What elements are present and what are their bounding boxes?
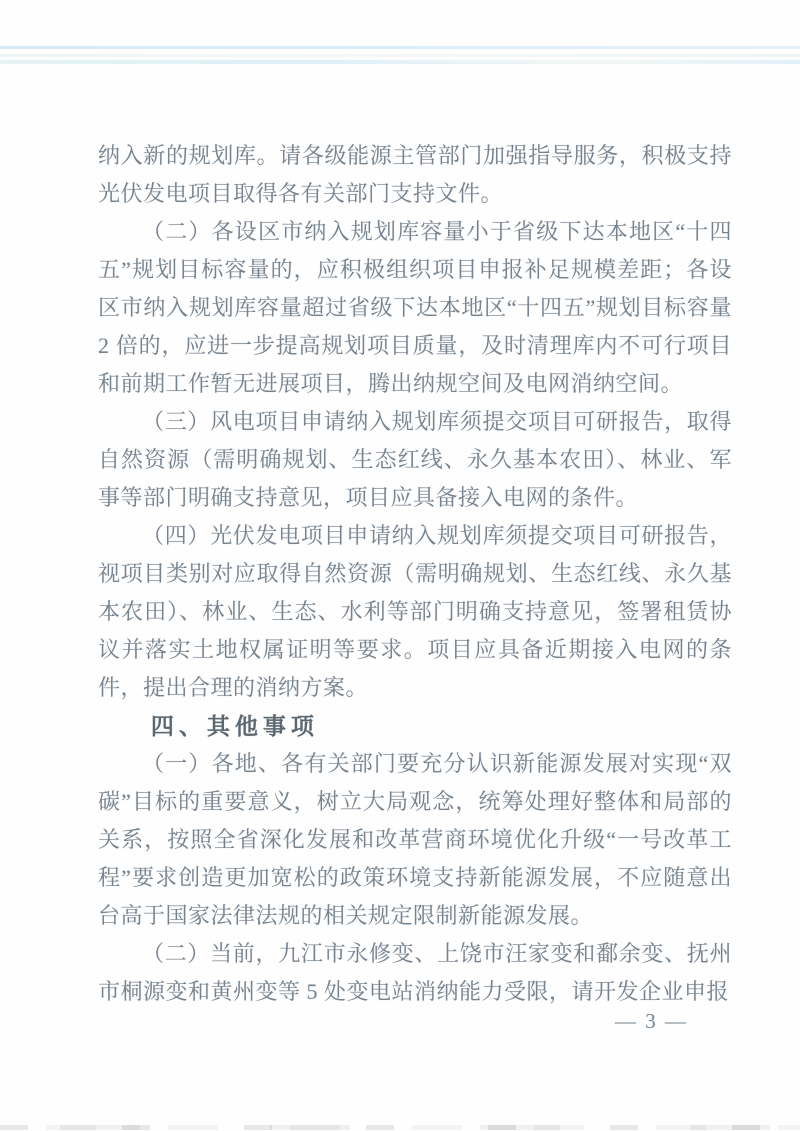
document-body: 纳入新的规划库。请各级能源主管部门加强指导服务，积极支持光伏发电项目取得各有关部… xyxy=(98,137,732,1011)
scan-artifact-bottom-edge xyxy=(0,1125,800,1130)
paragraph-item-2-substations: （二）当前，九江市永修变、上饶市汪家变和鄱余变、抚州市桐源变和黄州变等 5 处变… xyxy=(98,935,732,1011)
scan-artifact-top-line-3 xyxy=(0,60,800,64)
scan-artifact-top-line-2 xyxy=(0,54,800,57)
paragraph-item-2-planning-capacity: （二）各设区市纳入规划库容量小于省级下达本地区“十四五”规划目标容量的，应积极组… xyxy=(98,213,732,403)
paragraph-item-1-dual-carbon: （一）各地、各有关部门要充分认识新能源发展对实现“双碳”目标的重要意义，树立大局… xyxy=(98,745,732,935)
scan-artifact-top-line-1 xyxy=(0,46,800,49)
paragraph-item-4-solar-projects: （四）光伏发电项目申请纳入规划库须提交项目可研报告，视项目类别对应取得自然资源（… xyxy=(98,517,732,707)
paragraph-continuation: 纳入新的规划库。请各级能源主管部门加强指导服务，积极支持光伏发电项目取得各有关部… xyxy=(98,137,732,213)
scanned-document-page: 纳入新的规划库。请各级能源主管部门加强指导服务，积极支持光伏发电项目取得各有关部… xyxy=(0,0,800,1131)
paragraph-item-3-wind-projects: （三）风电项目申请纳入规划库须提交项目可研报告，取得自然资源（需明确规划、生态红… xyxy=(98,403,732,517)
section-heading-other-matters: 四、其他事项 xyxy=(98,707,732,745)
page-number: — 3 — xyxy=(98,1002,732,1040)
